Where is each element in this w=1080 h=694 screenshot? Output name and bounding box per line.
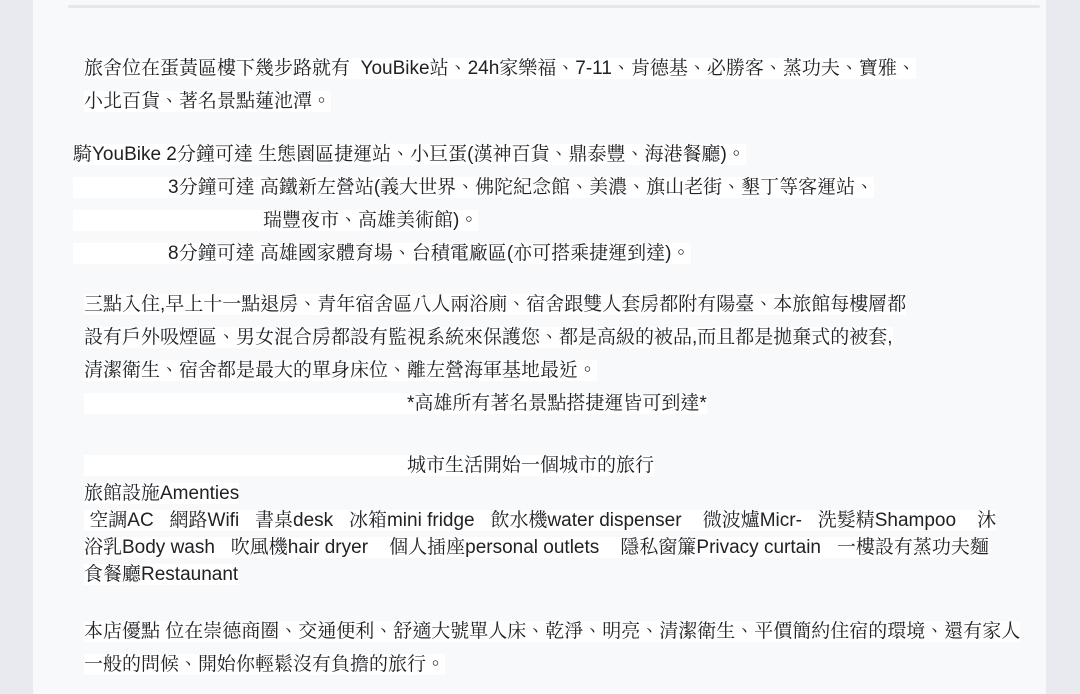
highlighted-text: 三點入住,早上十一點退房、青年宿舍區八人兩浴廁、宿舍跟雙人套房都附有陽臺、本旅館… — [84, 294, 906, 315]
shop-advantages: 本店優點 位在崇德商圈、交通便利、舒適大號單人床、乾淨、明亮、清潔衛生、平價簡約… — [84, 615, 1034, 681]
highlighted-text: 清潔衛生、宿舍都是最大的單身床位、離左營海軍基地最近。 — [84, 360, 597, 381]
location-intro: 旅舍位在蛋黃區樓下幾步路就有 YouBike站、24h家樂福、7-11、肯德基、… — [84, 52, 1034, 118]
highlighted-text: *高雄所有著名景點搭捷運皆可到達* — [84, 393, 707, 414]
text-line: 瑞豐夜市、高雄美術館)。 — [73, 204, 1034, 237]
text-line: 3分鐘可達 高鐵新左營站(義大世界、佛陀紀念館、美濃、旗山老街、墾丁等客運站、 — [73, 171, 1034, 204]
highlighted-text: 城市生活開始一個城市的旅行 — [84, 455, 654, 476]
highlighted-text: 騎YouBike 2分鐘可達 生態園區捷運站、小巨蛋(漢神百貨、鼎泰豐、海港餐廳… — [73, 144, 746, 165]
text-line: 旅舍位在蛋黃區樓下幾步路就有 YouBike站、24h家樂福、7-11、肯德基、… — [84, 52, 1034, 85]
text-line: 浴乳Body wash 吹風機hair dryer 個人插座personal o… — [84, 534, 1034, 561]
highlighted-text: 空調AC 網路Wifi 書桌desk 冰箱mini fridge 飲水機wate… — [84, 510, 996, 531]
highlighted-text: 浴乳Body wash 吹風機hair dryer 個人插座personal o… — [84, 537, 989, 558]
property-description: 旅舍位在蛋黃區樓下幾步路就有 YouBike站、24h家樂福、7-11、肯德基、… — [84, 52, 1034, 681]
text-line: 清潔衛生、宿舍都是最大的單身床位、離左營海軍基地最近。 — [84, 354, 1034, 387]
highlighted-text: 瑞豐夜市、高雄美術館)。 — [73, 210, 478, 231]
text-line: 騎YouBike 2分鐘可達 生態園區捷運站、小巨蛋(漢神百貨、鼎泰豐、海港餐廳… — [73, 138, 1034, 171]
highlighted-text: 設有戶外吸煙區、男女混合房都設有監視系統來保護您、都是高級的被品,而且都是拋棄式… — [84, 327, 893, 348]
highlighted-text: 本店優點 位在崇德商圈、交通便利、舒適大號單人床、乾淨、明亮、清潔衛生、平價簡約… — [84, 621, 1020, 642]
slogan: 城市生活開始一個城市的旅行 — [84, 452, 1034, 480]
amenities: 旅館設施Amenties 空調AC 網路Wifi 書桌desk 冰箱mini f… — [84, 480, 1034, 588]
highlighted-text: 8分鐘可達 高雄國家體育場、台積電廠區(亦可搭乘捷運到達)。 — [73, 243, 691, 264]
highlighted-text: 3分鐘可達 高鐵新左營站(義大世界、佛陀紀念館、美濃、旗山老街、墾丁等客運站、 — [73, 177, 874, 198]
highlighted-text: 食餐廳Restaunant — [84, 564, 238, 585]
card-divider — [68, 5, 1040, 8]
text-line: 三點入住,早上十一點退房、青年宿舍區八人兩浴廁、宿舍跟雙人套房都附有陽臺、本旅館… — [84, 288, 1034, 321]
text-line: 本店優點 位在崇德商圈、交通便利、舒適大號單人床、乾淨、明亮、清潔衛生、平價簡約… — [84, 615, 1034, 648]
content-panel: 旅舍位在蛋黃區樓下幾步路就有 YouBike站、24h家樂福、7-11、肯德基、… — [33, 0, 1046, 694]
text-line: 一般的問候、開始你輕鬆沒有負擔的旅行。 — [84, 648, 1034, 681]
text-line: 空調AC 網路Wifi 書桌desk 冰箱mini fridge 飲水機wate… — [84, 507, 1034, 534]
highlighted-text: 一般的問候、開始你輕鬆沒有負擔的旅行。 — [84, 654, 445, 675]
highlighted-text: 小北百貨、著名景點蓮池潭。 — [84, 91, 331, 112]
youbike-access: 騎YouBike 2分鐘可達 生態園區捷運站、小巨蛋(漢神百貨、鼎泰豐、海港餐廳… — [73, 138, 1034, 270]
text-line: 8分鐘可達 高雄國家體育場、台積電廠區(亦可搭乘捷運到達)。 — [73, 237, 1034, 270]
text-line: *高雄所有著名景點搭捷運皆可到達* — [84, 387, 1034, 420]
house-rules: 三點入住,早上十一點退房、青年宿舍區八人兩浴廁、宿舍跟雙人套房都附有陽臺、本旅館… — [84, 288, 1034, 420]
text-line: 城市生活開始一個城市的旅行 — [84, 452, 1034, 480]
text-line: 旅館設施Amenties — [84, 480, 1034, 507]
text-line: 小北百貨、著名景點蓮池潭。 — [84, 85, 1034, 118]
highlighted-text: 旅館設施Amenties — [84, 483, 239, 504]
text-line: 食餐廳Restaunant — [84, 561, 1034, 588]
page-background: { "theme": { "outer_bg": "#e9eaf0", "inn… — [0, 0, 1080, 694]
highlighted-text: 旅舍位在蛋黃區樓下幾步路就有 YouBike站、24h家樂福、7-11、肯德基、… — [84, 58, 916, 79]
text-line: 設有戶外吸煙區、男女混合房都設有監視系統來保護您、都是高級的被品,而且都是拋棄式… — [84, 321, 1034, 354]
